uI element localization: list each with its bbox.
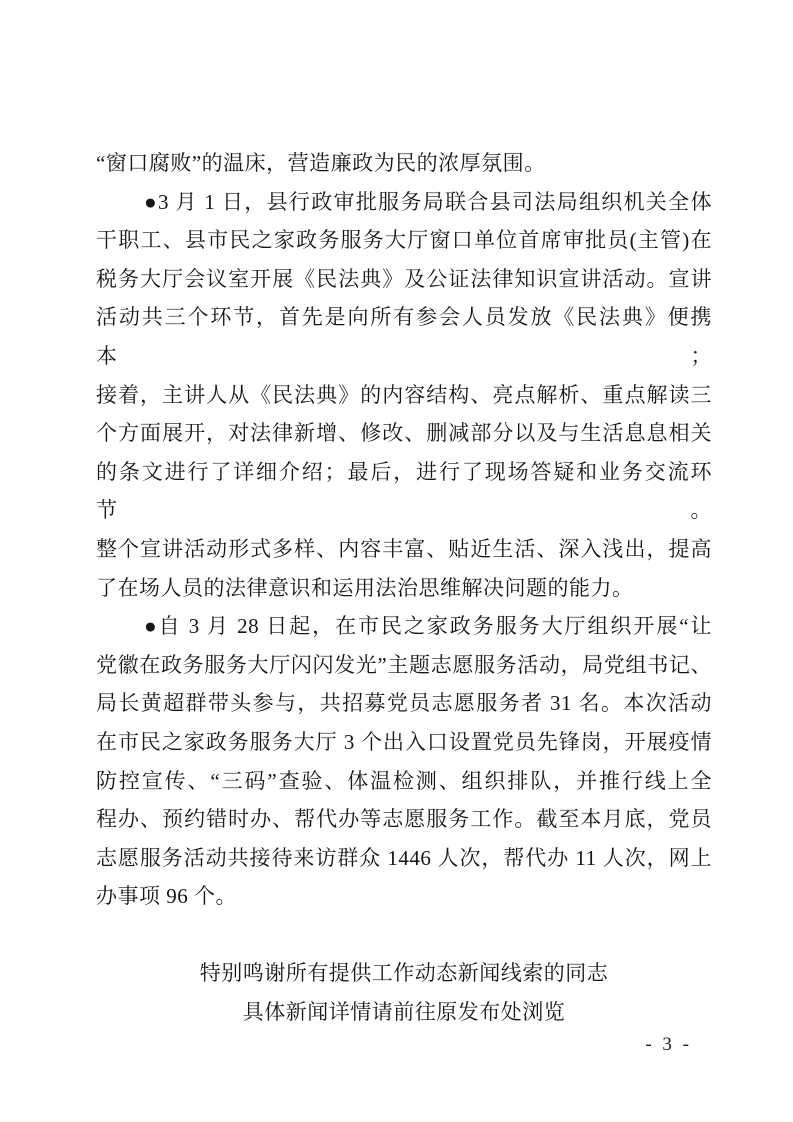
text-line: 税务大厅会议室开展《民法典》及公证法律知识宣讲活动。宣讲 — [96, 260, 712, 299]
text-line: 活动共三个环节，首先是向所有参会人员发放《民法典》便携本； — [96, 298, 712, 375]
text-line: 局长黄超群带头参与，共招募党员志愿服务者 31 名。本次活动 — [96, 684, 712, 723]
text-line: 防控宣传、“三码”查验、体温检测、组织排队，并推行线上全 — [96, 762, 712, 801]
text-line: 党徽在政务服务大厅闪闪发光”主题志愿服务活动，局党组书记、 — [96, 646, 712, 685]
text-line: ●3 月 1 日，县行政审批服务局联合县司法局组织机关全体 — [96, 183, 712, 222]
text-line: 接着，主讲人从《民法典》的内容结构、亮点解析、重点解读三 — [96, 376, 712, 415]
text-line: 程办、预约错时办、帮代办等志愿服务工作。截至本月底，党员 — [96, 800, 712, 839]
closing-line: 特别鸣谢所有提供工作动态新闻线索的同志 — [96, 954, 712, 993]
closing-line: 具体新闻详情请前往原发布处浏览 — [96, 993, 712, 1032]
text-line: 干职工、县市民之家政务服务大厅窗口单位首席审批员(主管)在 — [96, 221, 712, 260]
text-line: 办事项 96 个。 — [96, 877, 712, 916]
text-line: ●自 3 月 28 日起，在市民之家政务服务大厅组织开展“让 — [96, 607, 712, 646]
text-line: 志愿服务活动共接待来访群众 1446 人次，帮代办 11 人次，网上 — [96, 839, 712, 878]
text-line: 整个宣讲活动形式多样、内容丰富、贴近生活、深入浅出，提高 — [96, 530, 712, 569]
document-body: “窗口腐败”的温床，营造廉政为民的浓厚氛围。●3 月 1 日，县行政审批服务局联… — [96, 144, 712, 1032]
text-line: 了在场人员的法律意识和运用法治思维解决问题的能力。 — [96, 569, 712, 608]
document-page: “窗口腐败”的温床，营造廉政为民的浓厚氛围。●3 月 1 日，县行政审批服务局联… — [0, 0, 793, 1122]
blank-line — [96, 916, 712, 955]
closing-note: 特别鸣谢所有提供工作动态新闻线索的同志具体新闻详情请前往原发布处浏览 — [96, 954, 712, 1031]
text-line: “窗口腐败”的温床，营造廉政为民的浓厚氛围。 — [96, 144, 712, 183]
text-line: 在市民之家政务服务大厅 3 个出入口设置党员先锋岗，开展疫情 — [96, 723, 712, 762]
text-line: 个方面展开，对法律新增、修改、删减部分以及与生活息息相关 — [96, 414, 712, 453]
page-number: - 3 - — [645, 1034, 692, 1056]
text-line: 的条文进行了详细介绍；最后，进行了现场答疑和业务交流环节。 — [96, 453, 712, 530]
